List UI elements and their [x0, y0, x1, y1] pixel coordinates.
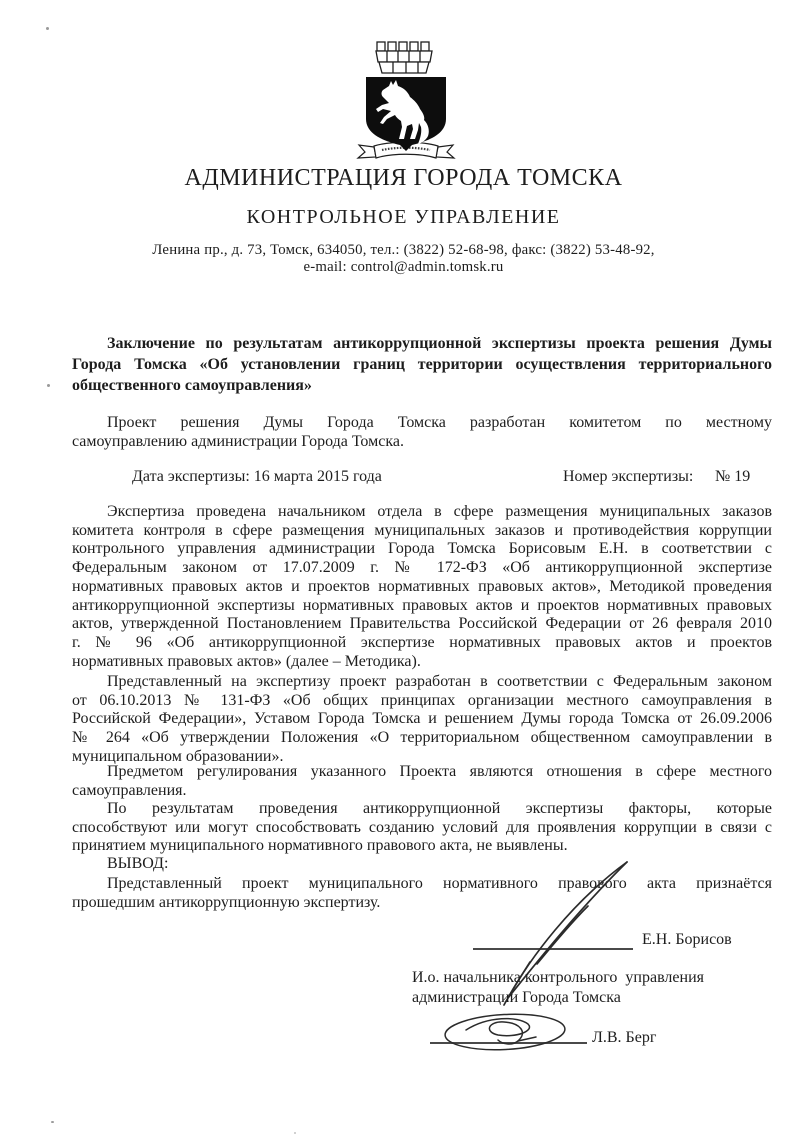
- text-line: Города Томска «Об установлении границ те…: [72, 354, 772, 375]
- signer-name-berg: Л.В. Берг: [592, 1029, 656, 1047]
- text-line: Федеральным законом от 17.07.2009 г. № 1…: [72, 559, 772, 578]
- text-line: Экспертиза проведена начальником отдела …: [72, 503, 772, 522]
- department-name: КОНТРОЛЬНОЕ УПРАВЛЕНИЕ: [0, 206, 807, 229]
- approver-role-line1: И.о. начальника контрольного управления: [412, 969, 704, 986]
- text-line: общественного самоуправления»: [72, 375, 772, 396]
- contact-block: Ленина пр., д. 73, Томск, 634050, тел.: …: [0, 242, 807, 276]
- paragraph-expertise: Экспертиза проведена начальником отдела …: [72, 503, 772, 671]
- scan-speck: [51, 1121, 54, 1123]
- email-line: e-mail: control@admin.tomsk.ru: [0, 259, 807, 276]
- paragraph-legal-basis: Представленный на экспертизу проект разр…: [72, 673, 772, 767]
- approver-role-line2: администрации Города Томска: [412, 989, 621, 1006]
- text-line: антикоррупционной экспертизы нормативных…: [72, 597, 772, 616]
- expertise-meta-row: Дата экспертизы: 16 марта 2015 года Номе…: [72, 468, 772, 488]
- expertise-number-value: № 19: [715, 468, 750, 486]
- scan-speck: [294, 1132, 296, 1134]
- text-line: контрольного управления администрации Го…: [72, 540, 772, 559]
- document-title: Заключение по результатам антикоррупцион…: [72, 333, 772, 396]
- text-line: нормативных правовых актов» (далее – Мет…: [72, 653, 772, 672]
- text-line: г. № 96 «Об антикоррупционной экспертизе…: [72, 634, 772, 653]
- text-line: Российской Федерации», Уставом Города То…: [72, 710, 772, 729]
- text-line: актов, утвержденной Постановлением Прави…: [72, 615, 772, 634]
- mural-crown-icon: [376, 42, 432, 73]
- text-line: Представленный на экспертизу проект разр…: [72, 673, 772, 692]
- scan-speck: [47, 384, 50, 387]
- text-line: Заключение по результатам антикоррупцион…: [72, 333, 772, 354]
- text-line: комитета контроля в сфере размещения мун…: [72, 522, 772, 541]
- text-line: самоуправлению администрации Города Томс…: [72, 432, 772, 451]
- scan-speck: [46, 27, 49, 30]
- coat-of-arms-graphic: [346, 40, 462, 162]
- expertise-number-label: Номер экспертизы:: [563, 468, 693, 486]
- text-line: По результатам проведения антикоррупцион…: [72, 800, 772, 819]
- tomsk-coat-of-arms: [346, 40, 462, 162]
- expertise-date: Дата экспертизы: 16 марта 2015 года: [132, 468, 382, 486]
- approver-role: И.о. начальника контрольного управленияа…: [412, 968, 792, 1008]
- paragraph-intro: Проект решения Думы Города Томска разраб…: [72, 413, 772, 451]
- text-line: способствуют или могут способствовать со…: [72, 819, 772, 838]
- paragraph-results: По результатам проведения антикоррупцион…: [72, 800, 772, 856]
- organization-name: АДМИНИСТРАЦИЯ ГОРОДА ТОМСКА: [0, 165, 807, 192]
- address-line: Ленина пр., д. 73, Томск, 634050, тел.: …: [0, 242, 807, 259]
- handwritten-signature-berg: [438, 1008, 588, 1063]
- text-line: Предметом регулирования указанного Проек…: [72, 763, 772, 782]
- text-line: Проект решения Думы Города Томска разраб…: [72, 413, 772, 432]
- text-line: нормативных правовых актов и проектов но…: [72, 578, 772, 597]
- paragraph-subject: Предметом регулирования указанного Проек…: [72, 763, 772, 800]
- text-line: самоуправления.: [72, 782, 772, 801]
- document-page: АДМИНИСТРАЦИЯ ГОРОДА ТОМСКА КОНТРОЛЬНОЕ …: [0, 0, 807, 1140]
- text-line: № 264 «Об утверждении Положения «О терри…: [72, 729, 772, 748]
- text-line: от 06.10.2013 № 131-ФЗ «Об общих принцип…: [72, 692, 772, 711]
